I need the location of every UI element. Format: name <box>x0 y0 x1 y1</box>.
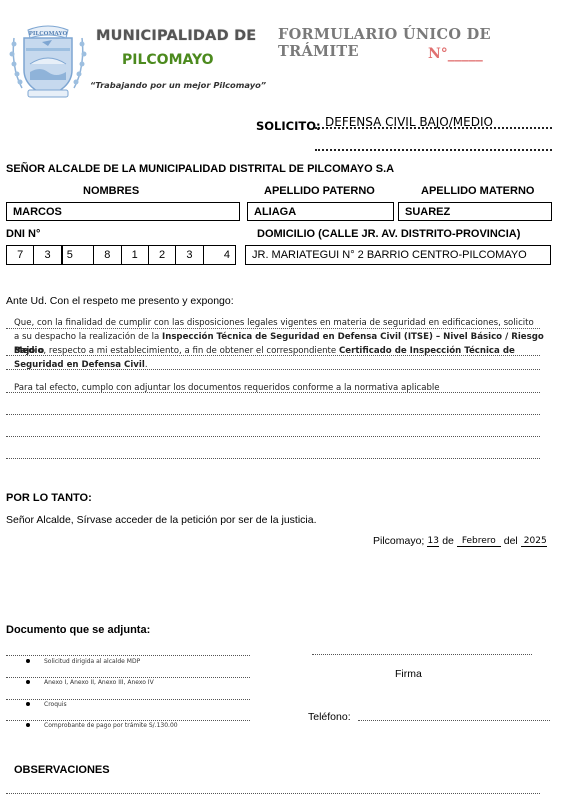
municipal-coat-of-arms-icon: PILCOMAYO <box>8 24 88 102</box>
year-field[interactable]: 2025 <box>521 536 547 547</box>
dotted-line <box>6 699 250 700</box>
para-text: , respecto a mi establecimiento, a fin d… <box>43 346 339 356</box>
solicito-label: SOLICITO: <box>256 119 321 133</box>
bullet-icon <box>26 680 30 684</box>
addressee-heading: SEÑOR ALCALDE DE LA MUNICIPALIDAD DISTRI… <box>6 163 394 175</box>
apellido-materno-label: APELLIDO MATERNO <box>421 185 534 197</box>
dni-label: DNI N° <box>6 228 40 240</box>
dni-digit[interactable]: 2 <box>149 246 176 264</box>
attachment-item: Solicitud dirigida al alcalde MDP <box>44 658 140 665</box>
attachment-item: Anexo I, Anexo II, Anexo III, Anexo IV <box>44 679 154 686</box>
dni-digit[interactable]: 8 <box>94 246 121 264</box>
request-closing-text: Señor Alcalde, Sírvase acceder de la pet… <box>6 514 317 526</box>
place-label: Pilcomayo; <box>373 535 424 547</box>
form-number-field[interactable]: N°_____ <box>428 46 483 62</box>
attachments-heading: Documento que se adjunta: <box>6 624 150 636</box>
apellido-paterno-label: APELLIDO PATERNO <box>264 185 375 197</box>
dni-field[interactable]: 7 3 5 8 1 2 3 4 <box>6 245 236 265</box>
request-paragraph-line3: Medio, respecto a mi establecimiento, a … <box>14 344 562 358</box>
bullet-icon <box>26 659 30 663</box>
solicito-field[interactable]: DEFENSA CIVIL BAJO/MEDIO <box>325 115 493 129</box>
dni-digit[interactable]: 4 <box>204 246 235 264</box>
de-label: de <box>442 535 454 547</box>
firma-label: Firma <box>395 668 422 680</box>
seguridad-text: Seguridad en Defensa Civil <box>14 360 145 370</box>
request-paragraph-line4: Seguridad en Defensa Civil. <box>14 358 562 372</box>
del-label: del <box>504 535 518 547</box>
dni-digit[interactable]: 1 <box>122 246 149 264</box>
dotted-line <box>6 655 250 656</box>
observaciones-field[interactable] <box>6 793 540 794</box>
domicilio-label: DOMICILIO (CALLE JR. AV. DISTRITO-PROVIN… <box>257 228 520 240</box>
bullet-icon <box>26 723 30 727</box>
dotted-line[interactable] <box>6 436 540 437</box>
intro-text: Ante Ud. Con el respeto me presento y ex… <box>6 295 234 307</box>
date-line: Pilcomayo; 13 de Febrero del 2025 <box>373 535 547 547</box>
attachments-intro: Para tal efecto, cumplo con adjuntar los… <box>14 381 562 395</box>
apellido-materno-field[interactable]: SUAREZ <box>398 202 552 221</box>
dni-digit[interactable]: 5 <box>63 246 94 264</box>
nombres-label: NOMBRES <box>83 185 139 197</box>
medio-text: Medio <box>14 346 43 356</box>
por-lo-tanto-heading: POR LO TANTO: <box>6 492 92 504</box>
solicito-dotted-line-2 <box>315 149 552 151</box>
dotted-line <box>6 720 250 721</box>
slogan: “Trabajando por un mejor Pilcomayo” <box>90 80 266 90</box>
dotted-line <box>6 677 250 678</box>
dni-digit[interactable]: 3 <box>176 246 203 264</box>
request-paragraph-line1: Que, con la finalidad de cumplir con las… <box>14 316 562 330</box>
signature-line[interactable] <box>312 654 532 655</box>
dni-digit[interactable]: 3 <box>34 246 62 264</box>
day-field[interactable]: 13 <box>427 536 439 547</box>
domicilio-field[interactable]: JR. MARIATEGUI N° 2 BARRIO CENTRO-PILCOM… <box>245 245 551 265</box>
attachment-item: Comprobante de pago por trámite S/.130.0… <box>44 722 178 729</box>
apellido-paterno-field[interactable]: ALIAGA <box>247 202 394 221</box>
svg-text:PILCOMAYO: PILCOMAYO <box>29 31 68 37</box>
para-text: . <box>145 360 148 370</box>
municipality-name-line1: MUNICIPALIDAD DE <box>96 28 256 44</box>
telefono-label: Teléfono: <box>308 711 351 723</box>
attachment-item: Croquis <box>44 701 67 708</box>
bullet-icon <box>26 702 30 706</box>
nombres-field[interactable]: MARCOS <box>6 202 240 221</box>
observaciones-heading: OBSERVACIONES <box>14 764 110 776</box>
form-title: FORMULARIO ÚNICO DE TRÁMITE <box>278 26 562 60</box>
para-text: a su despacho la realización de la <box>14 332 162 342</box>
dotted-line[interactable] <box>6 458 540 459</box>
certificado-text: Certificado de Inspección Técnica de <box>339 346 515 356</box>
month-field[interactable]: Febrero <box>457 536 501 547</box>
dotted-line[interactable] <box>6 414 540 415</box>
telefono-field[interactable] <box>358 720 550 721</box>
dni-digit[interactable]: 7 <box>7 246 34 264</box>
municipality-name-line2: PILCOMAYO <box>122 52 214 68</box>
